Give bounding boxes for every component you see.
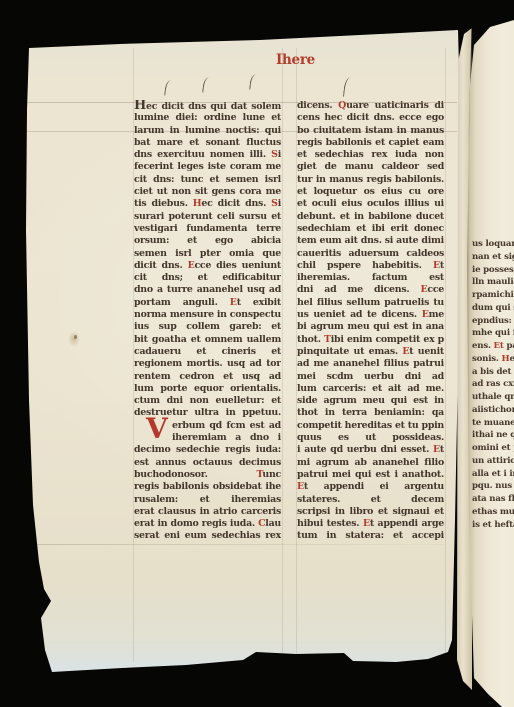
body-text: ata nas fluni [472,494,514,504]
body-text: giet de manu caldeor sed trade [297,161,444,173]
text-line: quus es ut possideas. Intellex [297,432,444,444]
body-text: buchodonosor. [134,469,257,480]
body-text: ens. [472,341,494,351]
body-text: dicens. [297,100,338,111]
body-text: sedechiam et ibi erit donec uisi [297,223,444,235]
body-text: parqui [504,341,514,351]
body-text: t uenit [409,346,444,357]
body-text: erat clausus in atrio carceris q [134,506,281,518]
rubric-text: E [230,297,237,308]
text-line: regis babilonis et capiet eam [297,137,444,149]
body-text: lum carceris: et ait ad me. [297,383,444,394]
text-line: side agrum meu qui est in ana [297,395,444,407]
body-text: regis babilonis obsidebat ihe [134,481,281,492]
body-text: est annus octauus decimus na [134,457,281,469]
body-text: mhe qui fecit [472,328,514,338]
body-text: dno a turre ananehel usq ad [134,284,281,295]
text-line: larum in lumine noctis: qui tur [134,125,281,137]
ruling-line-vertical [282,48,283,658]
text-line: us ueniet ad te dicens. Eme ti [297,309,444,321]
rubric-text: Et [494,341,504,351]
body-text: iheremias. factum est uerbum [297,272,444,284]
text-line: caueritis aduersum caldeos ni [297,248,444,260]
text-line: mi agrum ab ananehel filio [297,457,444,469]
chapter-initial-v: V [146,414,180,444]
body-text: te muaneorum [472,418,514,428]
facing-page-text: us loquami et fnan et signa bie possessi… [472,238,514,534]
body-text: patrui mei qui est i anathot. [297,469,444,480]
text-line: hel filius sellum patruelis tu [297,297,444,309]
text-line: sedechiam et ibi erit donec uisi [297,223,444,235]
text-line: vestigari fundamenta terre de [134,223,281,235]
text-line: te muaneorum [472,417,514,430]
text-line: ata nas fluni [472,493,514,506]
body-text: us loquami et f [472,239,514,249]
body-text: ad ras cxmi [472,379,514,389]
body-text: ie possessionis [472,265,514,275]
text-line: surari poterunt celi sursu et in [134,211,281,223]
body-text: semen isrl pter omia que fecert [134,248,281,260]
body-text: cadaueru et cineris et uniuersa [134,346,281,358]
body-text: bat mare et sonant fluctus eius [134,137,281,149]
text-line: stateres. et decem argenteos: et [297,494,444,506]
body-text: dns exercituu nomen illi. [134,149,271,160]
text-line: ad me ananehel filius patrui [297,358,444,370]
body-text: dum qui smip [472,303,514,313]
ascender-flourish [202,77,212,94]
text-line: epndius: et n [472,315,514,328]
text-line: ius sup collem gareb: et circui [134,321,281,333]
body-text: ius sup collem gareb: et circui [134,321,281,333]
text-line: semen isrl pter omia que fecert [134,248,281,260]
body-text: erat in domo regis iuda. [134,518,258,529]
text-line: decimo sedechie regis iuda: ipe [134,444,281,456]
body-text: portam anguli. [134,297,230,308]
text-line: lum carceris: et ait ad me. Pos [297,383,444,395]
text-line: patrui mei qui est i anathot. [297,469,444,481]
rubric-text: E [433,260,440,271]
text-line: rusalem: et iheremias ppheta [134,494,281,506]
text-line: scripsi in libro et signaui et ad [297,506,444,518]
body-text: cit dns: tunc et semen isrl defi [134,174,281,186]
body-text: regionem mortis. usq ad tor [134,358,281,369]
body-text: us ueniet ad te dicens. [297,309,422,320]
text-line: pqu. nus adi [472,480,514,493]
body-text: thot in terra beniamin: qa tibi [297,407,444,419]
text-line: ithai ne qust r [472,429,514,442]
body-text: is et heftafindu e [472,520,514,530]
text-line: ad ras cxmi [472,378,514,391]
body-text: ec dicit dns qui dat solem in [134,101,281,112]
body-text: rpamichis no [472,290,514,300]
ascender-flourish [249,74,259,91]
text-line: dicit dns. Ecce dies ueniunt di [134,260,281,272]
body-text: erbum qd fcm est ad [172,420,281,431]
body-text: aiistichom i nu [472,405,514,415]
text-line: est annus octauus decimus na [134,457,281,469]
body-text: cit dns; et edificabitur ciuitas [134,272,281,284]
body-text: orsum: et ego abicia uniuersum [134,235,281,247]
text-line: et loquetur os eius cu ore illius [297,186,444,198]
text-line: hibui testes. Et appendi arge [297,518,444,530]
body-text: ec dicit dns. [201,198,271,209]
text-line: giet de manu caldeor sed trade [297,161,444,173]
ascender-flourish [164,80,174,97]
text-line: un attirichi: u [472,455,514,468]
body-text: iheremiam a dno i anno [172,432,281,444]
running-header: Ihere [276,52,318,68]
text-line: lln maulie in [472,276,514,289]
text-line: dum qui smip [472,302,514,315]
body-text: vestigari fundamenta terre de [134,223,281,235]
body-text: regis babilonis et capiet eam [297,137,444,148]
body-text: alla et i imphe [472,469,514,479]
body-text: chil pspere habebitis. [297,260,433,271]
text-line: debunt. et in babilone ducet [297,211,444,223]
text-line: et oculi eius oculos illius ui [297,198,444,210]
body-text: a bis det [472,367,514,377]
text-line: portam anguli. Et exibit ultra [134,297,281,309]
body-text: hel filius sellum patruelis tu [297,297,444,308]
manuscript-photo: Ihere Hec dicit dns qui dat solem inlumi… [0,0,514,707]
body-text: mei scdm uerbu dni ad uestibu [297,371,444,383]
text-line: Et appendi ei argentu septem [297,481,444,493]
text-line: lumine diei: ordine lune et stel [134,112,281,124]
text-line: serat eni eum sedechias rex iuda. [134,530,281,542]
rubric-text: T [324,334,331,345]
body-text: tis diebus. [134,198,193,209]
text-line: omini et poms [472,442,514,455]
text-line: buchodonosor. Tunc exercitus [134,469,281,481]
text-line: tis diebus. Hec dicit dns. Si me [134,198,281,210]
text-line: dicens. Quare uaticinaris di [297,100,444,112]
body-text: uare uaticinaris di [346,100,444,111]
body-text: norma mensure in conspectu e [134,309,281,321]
body-text: nan et signa b [472,252,514,262]
text-line: tum in statera: et accepi librum [297,530,444,542]
text-line: cit dns: tunc et semen isrl defi [134,174,281,186]
rubric-text: E [297,481,304,492]
body-text: ithai ne qust r [472,430,514,440]
body-text: decimo sedechie regis iuda: ipe [134,444,281,456]
body-text: ad me ananehel filius patrui [297,358,444,369]
body-text: tur in manus regis babilonis. [297,174,444,185]
body-text: pinquitate ut emas. [297,346,402,357]
text-line: rpamichis no [472,289,514,302]
text-line: i aute qd uerbu dni esset. Et e [297,444,444,456]
text-line: is et heftafindu e [472,519,514,532]
body-text: serat eni eum sedechias rex iuda. [134,530,281,542]
body-text: side agrum meu qui est in ana [297,395,444,407]
text-line: ens. Et parqui [472,340,514,353]
body-text: larum in lumine noctis: qui tur [134,125,281,137]
text-line: regis babilonis obsidebat ihe [134,481,281,493]
text-line: us loquami et f [472,238,514,251]
text-line: ie possessionis [472,264,514,277]
body-text: cens hec dicit dns. ecce ego da [297,112,444,124]
body-text: bit goatha et omnem uallem [134,334,281,345]
body-text: bi agrum meu qui est in ana [297,321,444,332]
body-text: lum porte equor orientalis. [134,383,281,394]
text-line: ctum dni non euelletur: et no [134,395,281,407]
body-text: ctum dni non euelletur: et no [134,395,281,407]
body-text: sonis. [472,354,502,364]
body-text: un attirichi: u [472,456,514,466]
body-text: H [134,100,146,112]
text-line: bi agrum meu qui est in ana [297,321,444,333]
text-line: uthale qmur u [472,391,514,404]
text-line: a bis det Sunt [472,366,514,379]
text-line: norma mensure in conspectu e [134,309,281,321]
body-text: ibi enim competit ex p [331,334,444,345]
text-line: sonis. Her du [472,353,514,366]
text-line: aiistichom i nu [472,404,514,417]
manuscript-page: Ihere Hec dicit dns qui dat solem inlumi… [0,0,514,707]
body-text: lumine diei: ordine lune et stel [134,112,281,124]
body-text: et sedechias rex iuda non effu [297,149,444,161]
body-text: rentem cedron et usq ad angu [134,371,281,383]
text-line: ethas munie fi [472,506,514,519]
body-text: pqu. nus adi [472,481,514,491]
text-line: lum porte equor orientalis. San [134,383,281,395]
body-text: ethas munie fi [472,507,514,517]
text-line: bat mare et sonant fluctus eius [134,137,281,149]
text-line: orsum: et ego abicia uniuersum [134,235,281,247]
text-line: fecerint leges iste coram me di [134,161,281,173]
margin-stain-dot [74,335,77,339]
body-text: debunt. et in babilone ducet [297,211,444,222]
text-line: tur in manus regis babilonis. [297,174,444,186]
body-text: i aute qd uerbu dni esset. [297,444,433,455]
body-text: tum in statera: et accepi librum [297,530,444,542]
text-line: ciet ut non sit gens cora me cuc [134,186,281,198]
body-text: rusalem: et iheremias ppheta [134,494,281,506]
body-text: competit hereditas et tu ppin [297,420,444,431]
body-text: fecerint leges iste coram me di [134,161,281,173]
rubric-text: Q [338,100,346,111]
text-column-left: Hec dicit dns qui dat solem inlumine die… [134,100,281,543]
body-text: dni ad me dicens. [297,284,420,295]
body-text: ciet ut non sit gens cora me cuc [134,186,281,198]
body-text: tem eum ait dns. si aute dimi [297,235,444,246]
body-text: et oculi eius oculos illius ui [297,198,444,209]
text-line: chil pspere habebitis. Et dixit [297,260,444,272]
body-text: caueritis aduersum caldeos ni [297,248,444,260]
text-line: tem eum ait dns. si aute dimi [297,235,444,247]
body-text: er du [509,354,514,364]
body-text: quus es ut possideas. [297,432,444,443]
text-line: dni ad me dicens. Ecce anane [297,284,444,296]
body-text: scripsi in libro et signaui et ad [297,506,444,518]
margin-stain [68,331,80,347]
text-line: erat in domo regis iuda. Clau [134,518,281,530]
body-text: omini et poms [472,443,514,453]
body-text: lln maulie in [472,277,514,287]
rubric-text: E [422,309,429,320]
text-line: dns exercituu nomen illi. Si de [134,149,281,161]
body-text: stateres. et decem argenteos: et [297,494,444,506]
text-line: erat clausus in atrio carceris q [134,506,281,518]
text-line: mhe qui fecit [472,327,514,340]
parchment-crease [30,544,445,545]
rubric-text: E [363,518,370,529]
text-line: cit dns; et edificabitur ciuitas [134,272,281,284]
body-text: uthale qmur u [472,392,514,402]
text-line: competit hereditas et tu ppin [297,420,444,432]
text-line: thot. Tibi enim competit ex p [297,334,444,346]
text-line: dno a turre ananehel usq ad [134,284,281,296]
body-text: epndius: et n [472,316,514,326]
body-text: dicit dns. [134,260,188,271]
ruling-line-vertical [445,48,446,654]
ascender-flourish [343,77,353,98]
body-text: thot. [297,334,324,345]
text-line: alla et i imphe [472,468,514,481]
body-text: t appendi ei argentu septem [297,481,444,493]
body-text: surari poterunt celi sursu et in [134,211,281,223]
text-line: iheremias. factum est uerbum [297,272,444,284]
text-line: cens hec dicit dns. ecce ego da [297,112,444,124]
text-line: Hec dicit dns qui dat solem in [134,100,281,112]
text-line: thot in terra beniamin: qa tibi [297,407,444,419]
body-text: hibui testes. [297,518,363,529]
body-text: t appendi arge [370,518,444,529]
text-line: bit goatha et omnem uallem [134,334,281,346]
text-column-right: dicens. Quare uaticinaris dicens hec dic… [297,100,444,543]
body-text: bo ciuitatem istam in manus [297,125,444,136]
text-line: pinquitate ut emas. Et uenit [297,346,444,358]
body-text: et loquetur os eius cu ore illius [297,186,444,198]
text-line: rentem cedron et usq ad angu [134,371,281,383]
text-line: mei scdm uerbu dni ad uestibu [297,371,444,383]
text-line: nan et signa b [472,251,514,264]
text-line: cadaueru et cineris et uniuersa [134,346,281,358]
body-text: mi agrum ab ananehel filio [297,457,444,468]
text-line: regionem mortis. usq ad tor [134,358,281,370]
rubric-text: E [433,444,440,455]
text-line: bo ciuitatem istam in manus [297,125,444,137]
body-text: lau [265,518,281,529]
text-line: et sedechias rex iuda non effu [297,149,444,161]
